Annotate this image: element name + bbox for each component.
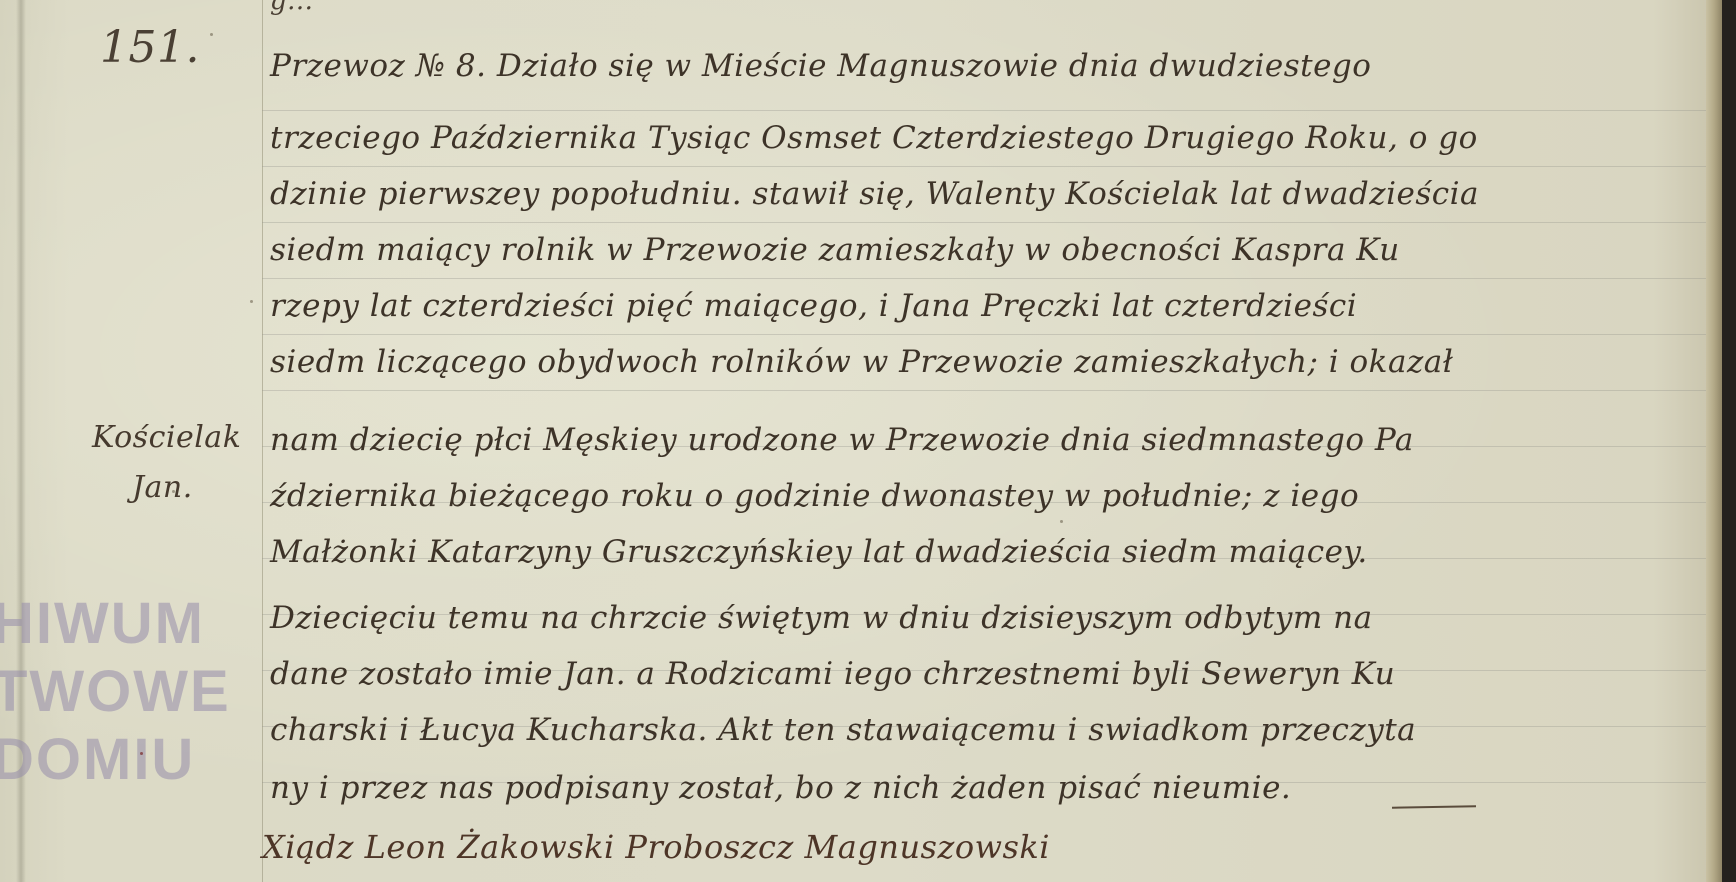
ruled-line xyxy=(262,278,1706,279)
margin-surname: Kościelak xyxy=(92,420,241,455)
record-line: Przewoz № 8. Działo się w Mieście Magnus… xyxy=(270,48,1371,84)
margin-given-name: Jan. xyxy=(132,470,193,505)
record-line: rzepy lat czterdzieści pięć maiącego, i … xyxy=(270,288,1357,324)
paper-speck xyxy=(172,490,175,493)
paper-speck xyxy=(250,300,253,303)
page-edge xyxy=(1706,0,1722,882)
paper-speck xyxy=(210,33,213,36)
archive-watermark: HIWUM TWOWE DOMIU xyxy=(0,590,231,794)
record-line: charski i Łucya Kucharska. Akt ten stawa… xyxy=(270,712,1416,748)
book-binding xyxy=(1722,0,1736,882)
ruled-line xyxy=(262,222,1706,223)
manuscript-page: HIWUM TWOWE DOMIU g... 151. Kościelak Ja… xyxy=(0,0,1722,882)
record-line: dane zostało imie Jan. a Rodzicami iego … xyxy=(270,656,1395,692)
entry-number: 151. xyxy=(100,22,200,73)
paper-speck xyxy=(1060,520,1063,523)
watermark-line: DOMIU xyxy=(0,726,231,794)
priest-signature: Xiądz Leon Żakowski Proboszcz Magnuszows… xyxy=(262,828,1050,866)
ruled-line xyxy=(262,334,1706,335)
ruled-line xyxy=(262,110,1706,111)
paper-speck xyxy=(140,752,143,755)
record-line: dzinie pierwszey popołudniu. stawił się,… xyxy=(270,176,1479,212)
watermark-line: HIWUM xyxy=(0,590,231,658)
record-line: ździernika bieżącego roku o godzinie dwo… xyxy=(270,478,1359,514)
margin-rule xyxy=(262,0,263,882)
closing-flourish xyxy=(1392,805,1476,808)
record-line: Małżonki Katarzyny Gruszczyńskiey lat dw… xyxy=(270,534,1368,570)
ruled-line xyxy=(262,166,1706,167)
record-line: siedm maiący rolnik w Przewozie zamieszk… xyxy=(270,232,1400,268)
ruled-line xyxy=(262,390,1706,391)
record-line: siedm liczącego obydwoch rolników w Prze… xyxy=(270,344,1453,380)
record-line: ny i przez nas podpisany został, bo z ni… xyxy=(270,770,1291,806)
record-line: trzeciego Października Tysiąc Osmset Czt… xyxy=(270,120,1478,156)
previous-entry-fragment: g... xyxy=(270,0,313,16)
record-line: nam dziecię płci Męskiey urodzone w Prze… xyxy=(270,422,1414,458)
record-line: Dziecięciu temu na chrzcie świętym w dni… xyxy=(270,600,1373,636)
watermark-line: TWOWE xyxy=(0,658,231,726)
